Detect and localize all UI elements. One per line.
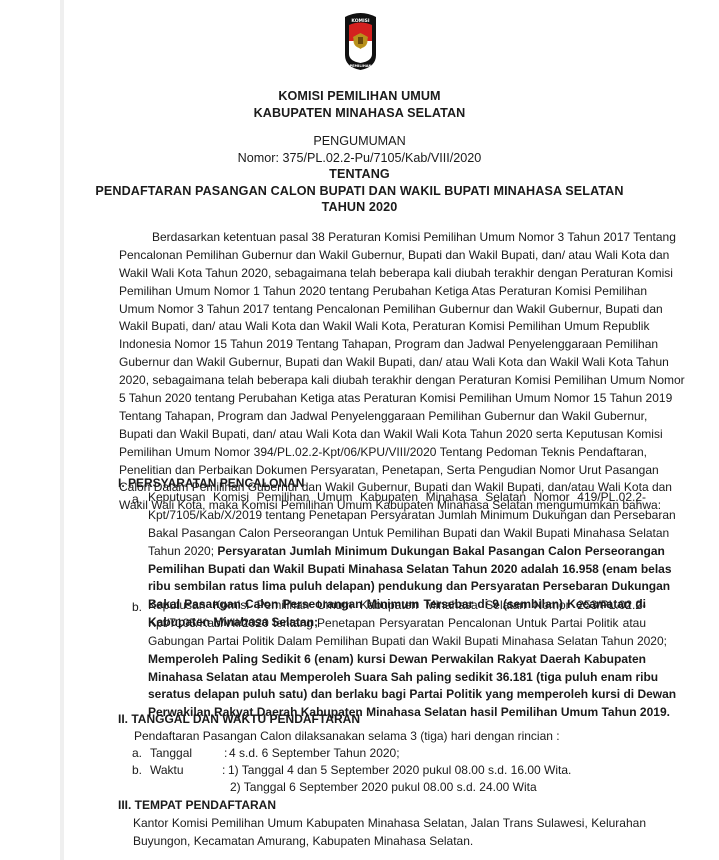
item-b-line: Kpt/7105/Kab/VII/2020 tentang Penetapan … [148,615,646,633]
item-a-line: Tahun 2020; Persyaratan Jumlah Minimum D… [148,543,646,561]
item-b-line: Keputusan Komisi Pemilihan Umum Kabupate… [148,597,646,615]
section-1-item-b: Keputusan Komisi Pemilihan Umum Kabupate… [148,597,646,722]
item-b-line: Memperoleh Paling Sedikit 6 (enam) kursi… [148,651,646,669]
page-edge-shadow [60,0,64,860]
subject-line1: PENDAFTARAN PASANGAN CALON BUPATI DAN WA… [0,184,719,198]
item-b-marker: b. [132,600,142,614]
intro-line: Umum Nomor 3 Tahun 2017 tentang Pencalon… [119,301,647,319]
intro-line: Pemilihan Umum Nomor 1 Tahun 2020 tentan… [119,283,647,301]
row-a-marker: a. [132,746,142,760]
subject-line2: TAHUN 2020 [0,200,719,214]
intro-line: 2020, sebagaimana telah beberapa kali di… [119,372,647,390]
item-a-line: ribu sembilan ratus lima puluh delapan) … [148,578,646,596]
intro-line: Indonesia Nomor 15 Tahun 2019 Tentang Ta… [119,336,647,354]
intro-line: Wakil Bupati, dan/ atau Wali Kota dan Wa… [119,318,647,336]
row-b-marker: b. [132,763,142,777]
section-2-title: II. TANGGAL DAN WAKTU PENDAFTARAN [118,712,360,726]
kpu-logo: KOMISI PEMILIHAN [342,11,379,71]
item-b-line: seratus delapan puluh satu) dan berlaku … [148,686,646,704]
svg-text:KOMISI: KOMISI [351,18,370,24]
intro-line: Wakil Wali Kota Tahun 2020, sebagaimana … [119,265,647,283]
address-line: Kantor Komisi Pemilihan Umum Kabupaten M… [133,815,646,833]
intro-line: Bupati dan Wakil Bupati, dan/ atau Wali … [119,426,647,444]
item-a-line: Bakal Pasangan Calon Perseorangan Untuk … [148,525,646,543]
item-a-bold-text: Persyaratan Jumlah Minimum Dukungan Baka… [217,544,664,558]
doc-type: PENGUMUMAN [0,134,719,148]
row-b-value: 1) Tanggal 4 dan 5 September 2020 pukul … [228,763,571,777]
row-b-sep: : [222,763,225,777]
row-a-value: 4 s.d. 6 September Tahun 2020; [229,746,400,760]
item-a-line: Keputusan Komisi Pemilihan Umum Kabupate… [148,489,646,507]
org-name-line1: KOMISI PEMILIHAN UMUM [0,89,719,103]
intro-line: 5 Tahun 2020 tentang Perubahan Ketiga at… [119,390,647,408]
item-a-line: Kpt/7105/Kab/X/2019 tentang Penetapan Pe… [148,507,646,525]
svg-text:PEMILIHAN: PEMILIHAN [350,64,372,68]
section-1-title: I. PERSYARATAN PENCALONAN [118,476,304,490]
intro-line: Berdasarkan ketentuan pasal 38 Peraturan… [119,229,647,247]
item-b-line: Minahasa Selatan atau Memperoleh Suara S… [148,669,646,687]
section-3-body: Kantor Komisi Pemilihan Umum Kabupaten M… [133,815,646,851]
intro-line: Pencalonan Pemilihan Gubernur dan Wakil … [119,247,647,265]
item-a-line: Pemilihan Bupati dan Wakil Bupati Minaha… [148,561,646,579]
doc-number: Nomor: 375/PL.02.2-Pu/7105/Kab/VIII/2020 [0,151,719,165]
row-b-continuation: 2) Tanggal 6 September 2020 pukul 08.00 … [230,780,537,794]
item-b-line: Gabungan Partai Politik Dalam Pemilihan … [148,633,646,651]
about-label: TENTANG [0,167,719,181]
section-3-title: III. TEMPAT PENDAFTARAN [118,798,276,812]
intro-line: Tentang Tahapan, Program dan Jadwal Peny… [119,408,647,426]
row-a-sep: : [224,746,227,760]
kpu-emblem-icon: KOMISI PEMILIHAN [342,11,379,71]
intro-paragraph: Berdasarkan ketentuan pasal 38 Peraturan… [119,229,647,515]
intro-line: Pemilihan Umum Nomor 394/PL.02.2-Kpt/06/… [119,444,647,462]
row-a-label: Tanggal [150,746,192,760]
org-name-line2: KABUPATEN MINAHASA SELATAN [0,106,719,120]
address-line: Buyungon, Kecamatan Amurang, Kabupaten M… [133,833,646,851]
section-2-intro: Pendaftaran Pasangan Calon dilaksanakan … [134,729,560,743]
item-a-marker: a. [132,492,142,506]
item-a-prefix: Tahun 2020; [148,544,217,558]
row-b-label: Waktu [150,763,184,777]
intro-line: Gubernur dan Wakil Gubernur, Bupati dan … [119,354,647,372]
